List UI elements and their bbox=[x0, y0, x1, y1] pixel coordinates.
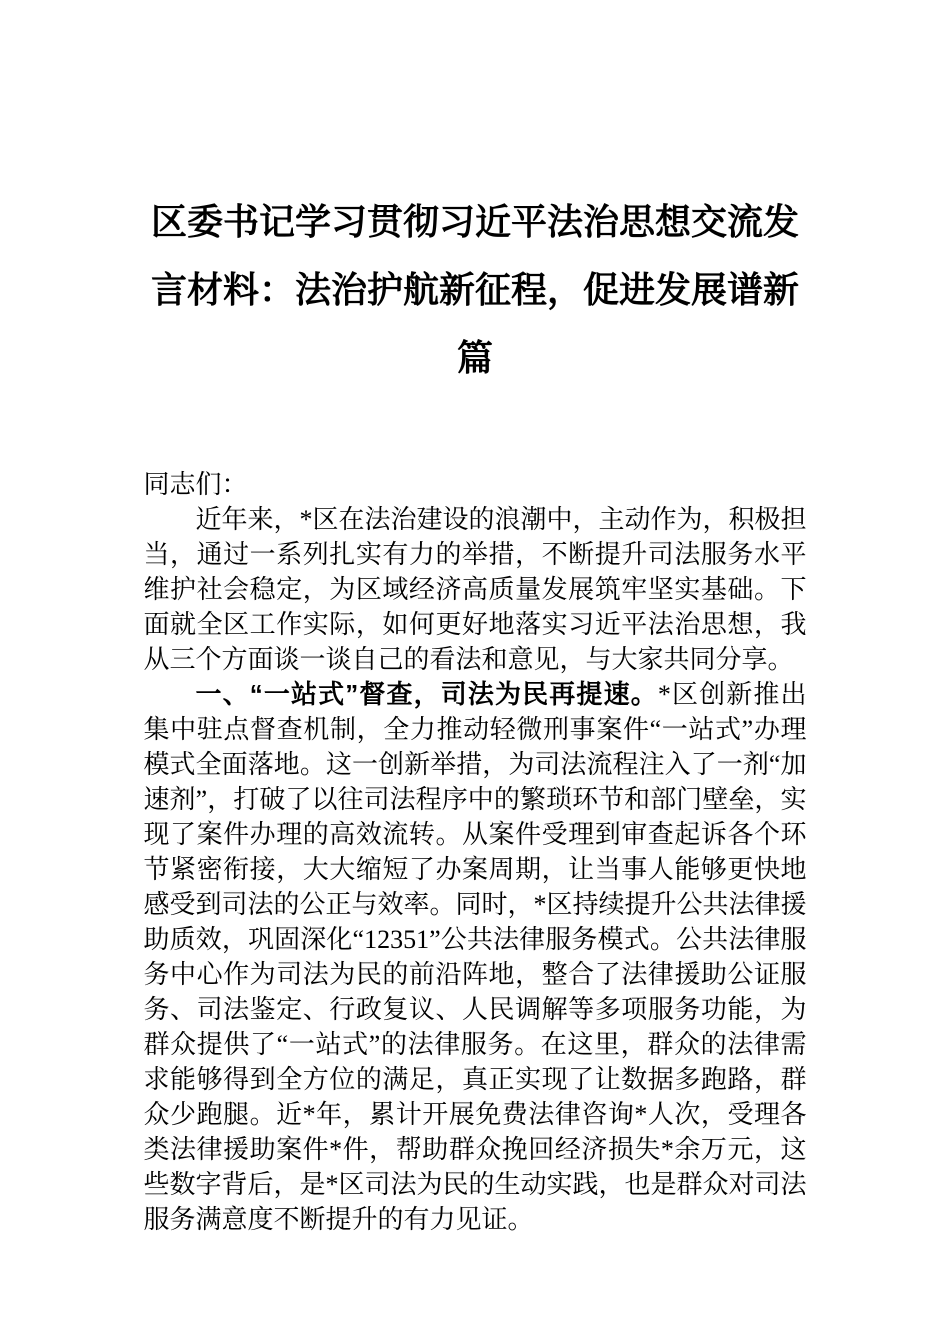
paragraph-intro: 近年来，*区在法治建设的浪潮中，主动作为，积极担当，通过一系列扎实有力的举措，不… bbox=[144, 502, 807, 677]
section-1-heading: 一、“一站式”督查，司法为民再提速。 bbox=[196, 679, 658, 709]
salutation: 同志们： bbox=[144, 467, 807, 502]
paragraph-section-1: 一、“一站式”督查，司法为民再提速。*区创新推出集中驻点督查机制，全力推动轻微刑… bbox=[144, 677, 807, 1237]
document-title: 区委书记学习贯彻习近平法治思想交流发言材料：法治护航新征程，促进发展谱新篇 bbox=[144, 188, 807, 392]
document-page: 区委书记学习贯彻习近平法治思想交流发言材料：法治护航新征程，促进发展谱新篇 同志… bbox=[144, 188, 807, 1237]
section-1-body: *区创新推出集中驻点督查机制，全力推动轻微刑事案件“一站式”办理模式全面落地。这… bbox=[144, 680, 807, 1234]
